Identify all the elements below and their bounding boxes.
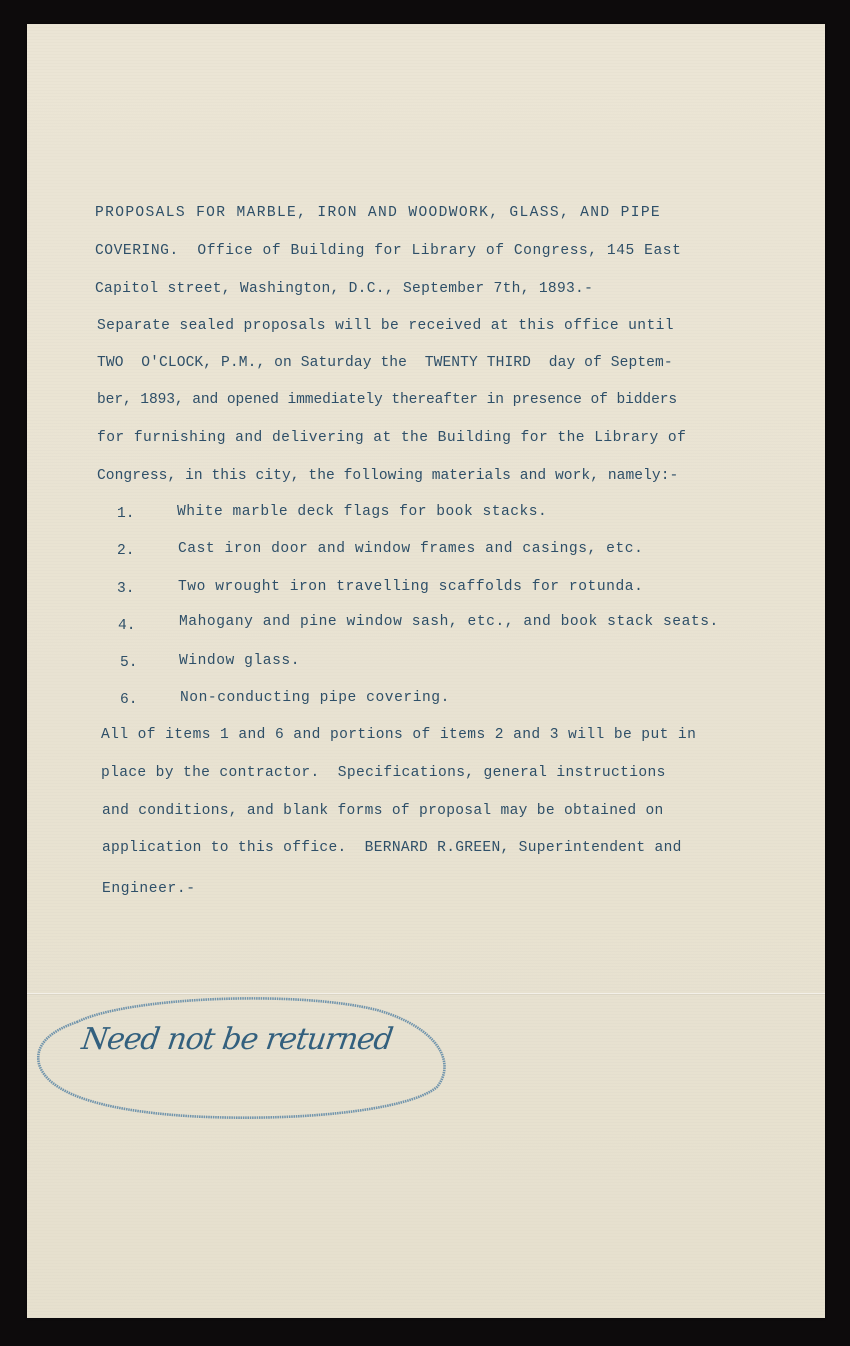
item-number: 2. (117, 543, 135, 559)
item-number: 5. (120, 655, 138, 671)
item-text: Cast iron door and window frames and cas… (178, 541, 643, 557)
heading-line-2: COVERING. Office of Building for Library… (95, 243, 681, 259)
item-text: Non-conducting pipe covering. (180, 690, 450, 706)
closing-line-2: place by the contractor. Specifications,… (101, 765, 666, 781)
body-line-1: Separate sealed proposals will be receiv… (97, 318, 674, 334)
heading-line-3: Capitol street, Washington, D.C., Septem… (95, 281, 593, 297)
item-text: Two wrought iron travelling scaffolds fo… (178, 579, 643, 595)
handwritten-annotation: Need not be returned (37, 992, 457, 1124)
note-text: Need not be returned (80, 1022, 395, 1057)
heading-line-1: PROPOSALS FOR MARBLE, IRON AND WOODWORK,… (95, 205, 661, 221)
document-page: PROPOSALS FOR MARBLE, IRON AND WOODWORK,… (27, 24, 825, 1318)
closing-line-4: application to this office. BERNARD R.GR… (102, 840, 682, 856)
item-text: White marble deck flags for book stacks. (177, 504, 547, 520)
closing-line-1: All of items 1 and 6 and portions of ite… (101, 727, 696, 743)
item-number: 3. (117, 581, 135, 597)
closing-line-3: and conditions, and blank forms of propo… (102, 803, 664, 819)
item-text: Mahogany and pine window sash, etc., and… (179, 614, 719, 630)
body-line-5: Congress, in this city, the following ma… (97, 468, 678, 484)
item-text: Window glass. (179, 653, 300, 669)
body-line-3: ber, 1893, and opened immediately therea… (97, 392, 677, 408)
body-line-2: TWO O'CLOCK, P.M., on Saturday the TWENT… (97, 355, 673, 371)
item-number: 6. (120, 692, 138, 708)
item-number: 1. (117, 506, 135, 522)
pencil-oval-icon (37, 992, 457, 1124)
signature-line: Engineer.- (102, 881, 196, 897)
body-line-4: for furnishing and delivering at the Bui… (97, 430, 686, 446)
item-number: 4. (118, 618, 136, 634)
